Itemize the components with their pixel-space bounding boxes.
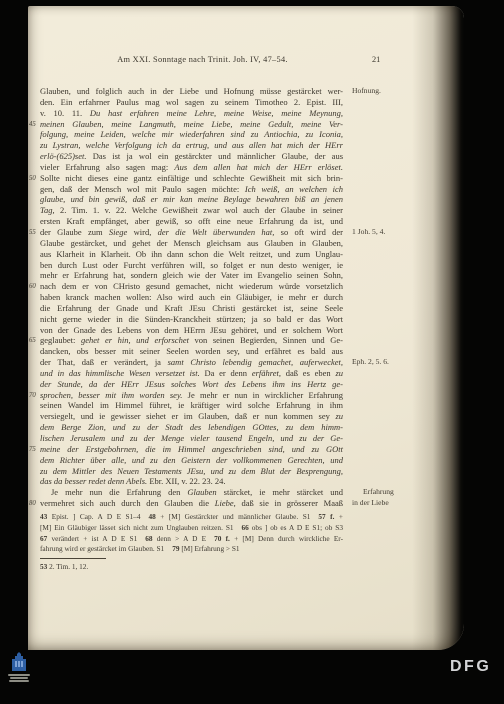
page-content: Am XXI. Sonntage nach Trinit. Joh. IV, 4… [40, 54, 343, 572]
body-line: 50Sollte nicht dieses eine gantz einfält… [40, 173, 343, 184]
body-line: zu dem Mittler des Neuen Testaments JEsu… [40, 466, 343, 477]
body-line: das da besser redet denn Abels. Ebr. XII… [40, 476, 343, 487]
body-line: die Erfahrung der Gnade und Kraft JEsu C… [40, 303, 343, 314]
body-line: 60nach dem er von CHristo gesund gemache… [40, 281, 343, 292]
body-line: seinen Wandel im Himmel führet, ie kräft… [40, 400, 343, 411]
page-number: 21 [372, 54, 380, 66]
body-line: glaube, und bin gewiß, daß er mir kan me… [40, 194, 343, 205]
apparatus-line: 67 verändert + ist A D E S1 68 denn > A … [40, 534, 343, 545]
critical-apparatus: 43 Epist. ] Cap. A D E S1–4 48 + [M] Ges… [40, 512, 343, 555]
margin-note: in der Liebe [352, 498, 438, 508]
library-stamp-icon [10, 652, 28, 672]
body-line: ErfahrungJe mehr nun die Erfahrung den G… [40, 487, 343, 498]
body-line: folgung, meine Leiden, welche mir wieder… [40, 129, 343, 140]
body-line: 75meine der Erstgebohrnen, die im Himmel… [40, 444, 343, 455]
line-number: 75 [29, 445, 39, 454]
body-line: vieler Erfahrung also sagen mag: Aus dem… [40, 162, 343, 173]
line-number: 50 [29, 174, 39, 183]
body-line: von der Gnade des Lebens von dem HErrn J… [40, 325, 343, 336]
body-line: nicht gerne wieder in die Sünden-Kranckh… [40, 314, 343, 325]
page-edge-shadow [412, 6, 464, 650]
library-stamp [6, 652, 32, 683]
scripture-footnote: 53 2. Tim. 1, 12. [40, 562, 343, 572]
body-line: erlö-(625)set. Das ist ja wol ein gestär… [40, 151, 343, 162]
line-number: 70 [29, 391, 39, 400]
margin-note: Erfahrung [352, 487, 438, 497]
body-line: zu Lystran, welche Verfolgung ich da ert… [40, 140, 343, 151]
body-line: Eph. 2, 5. 6.der That, daß er verändert,… [40, 357, 343, 368]
body-line: 551 Joh. 5, 4.der Glaube zum Siege wird,… [40, 227, 343, 238]
dfg-logo: DFG [450, 658, 491, 676]
body-line: 45meinen Glauben, meine Langmuth, meine … [40, 119, 343, 130]
body-line: Glaube gestärcket, und gehet der Mensch … [40, 238, 343, 249]
stamp-caption-lines [6, 674, 32, 682]
scan-viewer: Am XXI. Sonntage nach Trinit. Joh. IV, 4… [0, 0, 504, 704]
margin-note: 1 Joh. 5, 4. [352, 227, 438, 237]
body-line: und in das himmlische Wesen versetzet is… [40, 368, 343, 379]
footnote-rule [40, 558, 106, 559]
body-line: Hofnung.Glauben, und folglich auch in de… [40, 86, 343, 97]
body-line: Tag, 2. Tim. 1. v. 22. Welche Gewißheit … [40, 205, 343, 216]
body-line: v. 10. 11. Du hast erfahren meine Lehre,… [40, 108, 343, 119]
line-number: 45 [29, 120, 39, 129]
body-line: der Stunde, da der HErr JEsus solches Wo… [40, 379, 343, 390]
body-line: 70sprochen, besser mit ihm worden sey. J… [40, 390, 343, 401]
body-line: 80in der Liebevermehret sich auch durch … [40, 498, 343, 509]
margin-note: Hofnung. [352, 86, 438, 96]
apparatus-line: fahrung wird er gestärcket im Glauben. S… [40, 544, 343, 555]
body-line: lischen Jerusalem und zu der Menge viele… [40, 433, 343, 444]
body-line: ben durch Lust oder Furcht verführen wil… [40, 260, 343, 271]
apparatus-line: [M] Ein Gläubiger lässet sich nicht zum … [40, 523, 343, 534]
page-header: Am XXI. Sonntage nach Trinit. Joh. IV, 4… [40, 54, 343, 66]
line-number: 65 [29, 336, 39, 345]
body-line: gen, daß der Mensch wol mit Paulo sagen … [40, 184, 343, 195]
margin-note: Eph. 2, 5. 6. [352, 357, 438, 367]
body-line: versiegelt, und ie gewisser siehet er im… [40, 411, 343, 422]
body-line: dancken, obs besser mit seiner Seelen wo… [40, 346, 343, 357]
book-page-scan: Am XXI. Sonntage nach Trinit. Joh. IV, 4… [28, 6, 464, 650]
body-line: dem Berge Zion, und zu der Stadt des leb… [40, 422, 343, 433]
running-title: Am XXI. Sonntage nach Trinit. Joh. IV, 4… [117, 55, 288, 64]
body-line: 65geglaubet: gehet er hin, und erforsche… [40, 335, 343, 346]
body-text: Hofnung.Glauben, und folglich auch in de… [40, 86, 343, 509]
body-line: haben kranck machen wollen: Also wird au… [40, 292, 343, 303]
body-line: ersten Kraft empfänget, aber gewiß, so o… [40, 216, 343, 227]
body-line: den. Ein erfahrner Paulus mag wol sagen … [40, 97, 343, 108]
body-line: aus Klarheit in Klarheit. Ob ihn dann sc… [40, 249, 343, 260]
body-line: dem Richter über alle, und zu den Geiste… [40, 455, 343, 466]
line-number: 60 [29, 282, 39, 291]
line-number: 55 [29, 228, 39, 237]
apparatus-line: 43 Epist. ] Cap. A D E S1–4 48 + [M] Ges… [40, 512, 343, 523]
body-line: mehr er Erfahrung hat, sondern gleich wi… [40, 270, 343, 281]
line-number: 80 [29, 499, 39, 508]
